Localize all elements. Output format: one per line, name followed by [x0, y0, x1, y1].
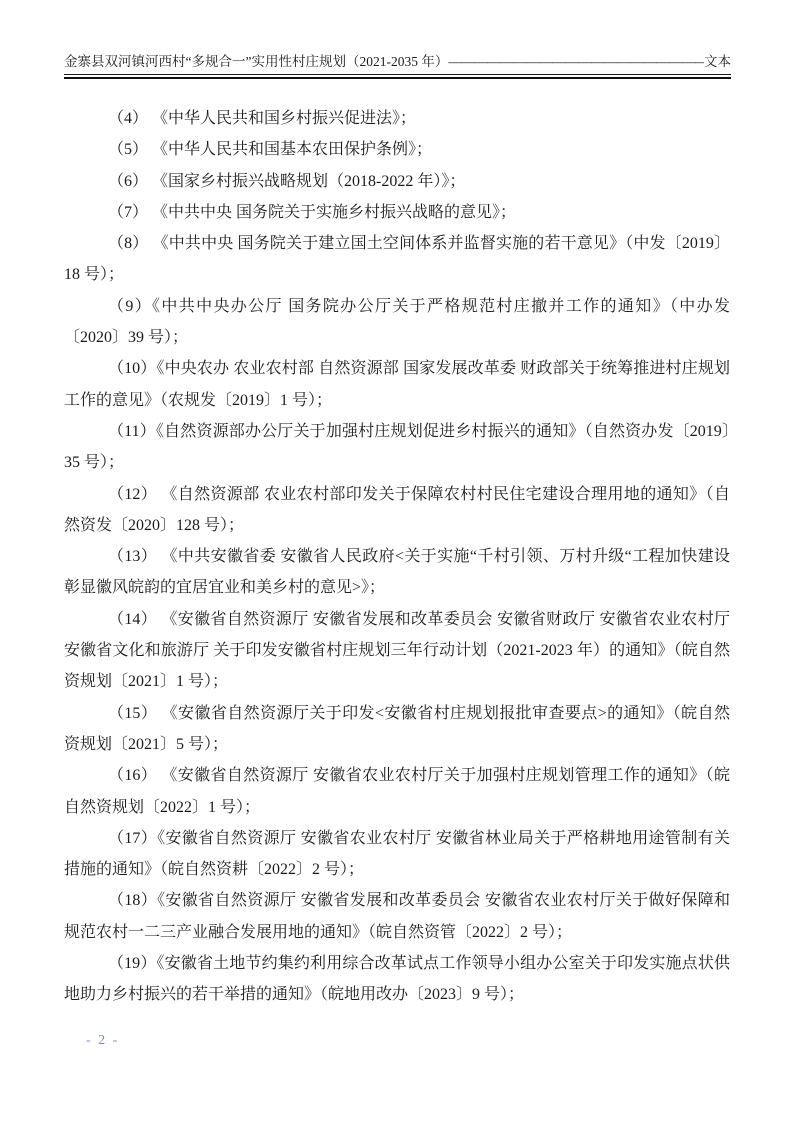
reference-item-4: （4） 《中华人民共和国乡村振兴促进法》； — [64, 103, 730, 134]
reference-item-19: （19）《安徽省土地节约集约利用综合改革试点工作领导小组办公室关于印发实施点状供… — [64, 948, 730, 1011]
reference-item-13: （13） 《中共安徽省委 安徽省人民政府<关于实施“千村引领、万村升级“工程加快… — [64, 541, 730, 604]
reference-item-18: （18）《安徽省自然资源厅 安徽省发展和改革委员会 安徽省农业农村厅关于做好保障… — [64, 885, 730, 948]
reference-item-5: （5） 《中华人民共和国基本农田保护条例》； — [64, 134, 730, 165]
page-header: 金寨县双河镇河西村“多规合一”实用性村庄规划（2021-2035 年） ————… — [64, 52, 731, 79]
reference-item-11: （11）《自然资源部办公厅关于加强村庄规划促进乡村振兴的通知》（自然资办发〔20… — [64, 416, 730, 479]
header-dashes: —————————————————————————————— — [448, 52, 704, 72]
header-rule — [64, 74, 731, 79]
reference-item-15: （15） 《安徽省自然资源厅关于印发<安徽省村庄规划报批审查要点>的通知》（皖自… — [64, 698, 730, 761]
reference-list: （4） 《中华人民共和国乡村振兴促进法》； （5） 《中华人民共和国基本农田保护… — [64, 103, 730, 1011]
header-line: 金寨县双河镇河西村“多规合一”实用性村庄规划（2021-2035 年） ————… — [64, 52, 731, 72]
document-page: 金寨县双河镇河西村“多规合一”实用性村庄规划（2021-2035 年） ————… — [0, 0, 794, 1122]
reference-item-10: （10）《中央农办 农业农村部 自然资源部 国家发展改革委 财政部关于统筹推进村… — [64, 353, 730, 416]
reference-item-6: （6） 《国家乡村振兴战略规划（2018-2022 年）》； — [64, 166, 730, 197]
reference-item-12: （12） 《自然资源部 农业农村部印发关于保障农村村民住宅建设合理用地的通知》（… — [64, 479, 730, 542]
reference-item-17: （17）《安徽省自然资源厅 安徽省农业农村厅 安徽省林业局关于严格耕地用途管制有… — [64, 823, 730, 886]
header-doc-type-label: 文本 — [704, 52, 731, 72]
reference-item-7: （7） 《中共中央 国务院关于实施乡村振兴战略的意见》； — [64, 197, 730, 228]
reference-item-14: （14） 《安徽省自然资源厅 安徽省发展和改革委员会 安徽省财政厅 安徽省农业农… — [64, 604, 730, 698]
header-title: 金寨县双河镇河西村“多规合一”实用性村庄规划（2021-2035 年） — [64, 52, 448, 72]
reference-item-9: （9）《中共中央办公厅 国务院办公厅关于严格规范村庄撤并工作的通知》（中办发〔2… — [64, 291, 730, 354]
page-number: - 2 - — [86, 1031, 119, 1051]
reference-item-8: （8） 《中共中央 国务院关于建立国土空间体系并监督实施的若干意见》（中发〔20… — [64, 228, 730, 291]
reference-item-16: （16） 《安徽省自然资源厅 安徽省农业农村厅关于加强村庄规划管理工作的通知》（… — [64, 760, 730, 823]
